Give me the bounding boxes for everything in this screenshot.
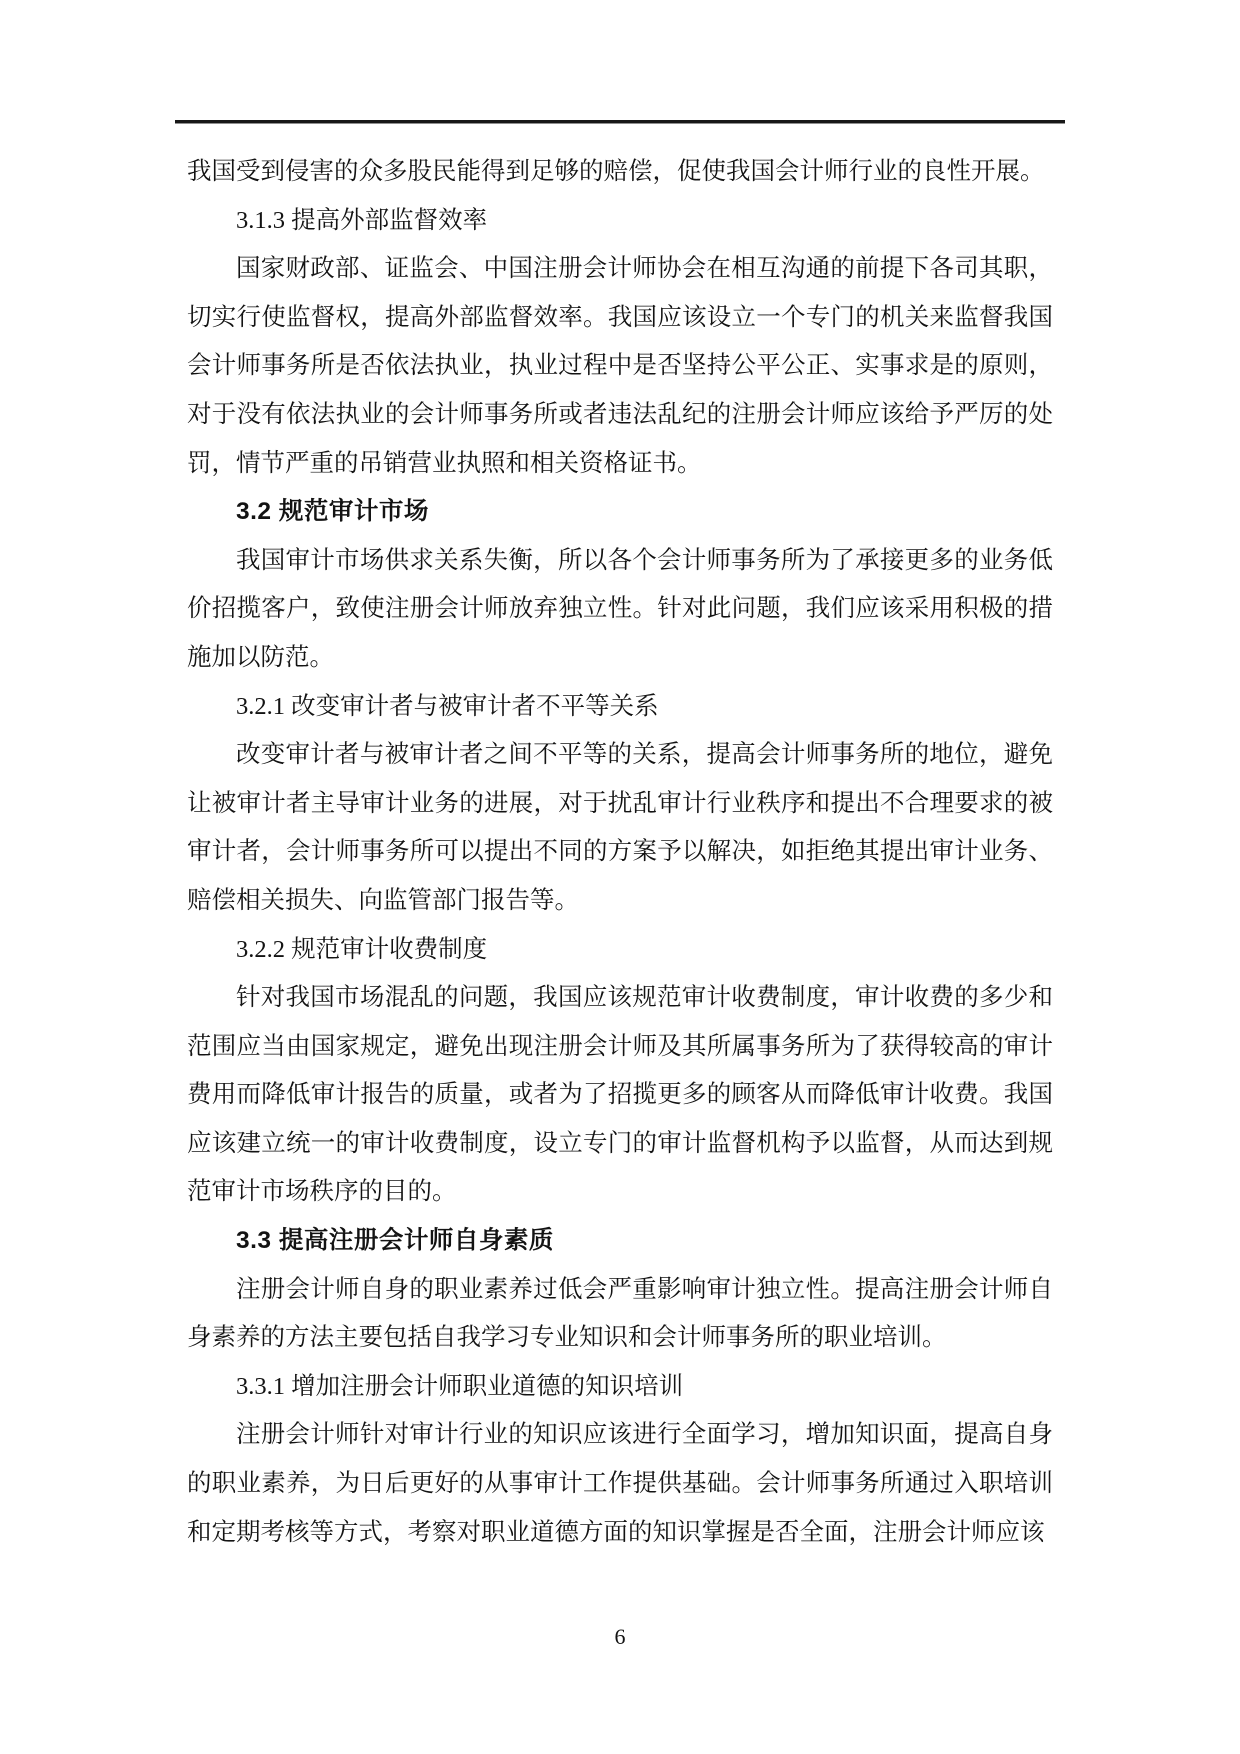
paragraph: 改变审计者与被审计者之间不平等的关系，提高会计师事务所的地位，避免让被审计者主导… xyxy=(187,731,1053,925)
section-heading: 3.3 提高注册会计师自身素质 xyxy=(187,1217,1053,1266)
paragraph: 注册会计师自身的职业素养过低会严重影响审计独立性。提高注册会计师自身素养的方法主… xyxy=(187,1266,1053,1363)
subsection-heading: 3.2.1 改变审计者与被审计者不平等关系 xyxy=(187,683,1053,732)
paragraph: 注册会计师针对审计行业的知识应该进行全面学习，增加知识面，提高自身的职业素养，为… xyxy=(187,1411,1053,1557)
subsection-heading: 3.2.2 规范审计收费制度 xyxy=(187,926,1053,975)
paragraph: 我国受到侵害的众多股民能得到足够的赔偿，促使我国会计师行业的良性开展。 xyxy=(187,148,1053,197)
document-body: 我国受到侵害的众多股民能得到足够的赔偿，促使我国会计师行业的良性开展。 3.1.… xyxy=(187,148,1053,1557)
paragraph: 国家财政部、证监会、中国注册会计师协会在相互沟通的前提下各司其职，切实行使监督权… xyxy=(187,245,1053,488)
section-heading: 3.2 规范审计市场 xyxy=(187,488,1053,537)
subsection-heading: 3.3.1 增加注册会计师职业道德的知识培训 xyxy=(187,1363,1053,1412)
header-divider xyxy=(175,120,1065,124)
paragraph: 我国审计市场供求关系失衡，所以各个会计师事务所为了承接更多的业务低价招揽客户，致… xyxy=(187,537,1053,683)
document-page: 我国受到侵害的众多股民能得到足够的赔偿，促使我国会计师行业的良性开展。 3.1.… xyxy=(0,0,1240,1754)
paragraph: 针对我国市场混乱的问题，我国应该规范审计收费制度，审计收费的多少和范围应当由国家… xyxy=(187,974,1053,1217)
subsection-heading: 3.1.3 提高外部监督效率 xyxy=(187,197,1053,246)
page-number: 6 xyxy=(0,1622,1240,1652)
